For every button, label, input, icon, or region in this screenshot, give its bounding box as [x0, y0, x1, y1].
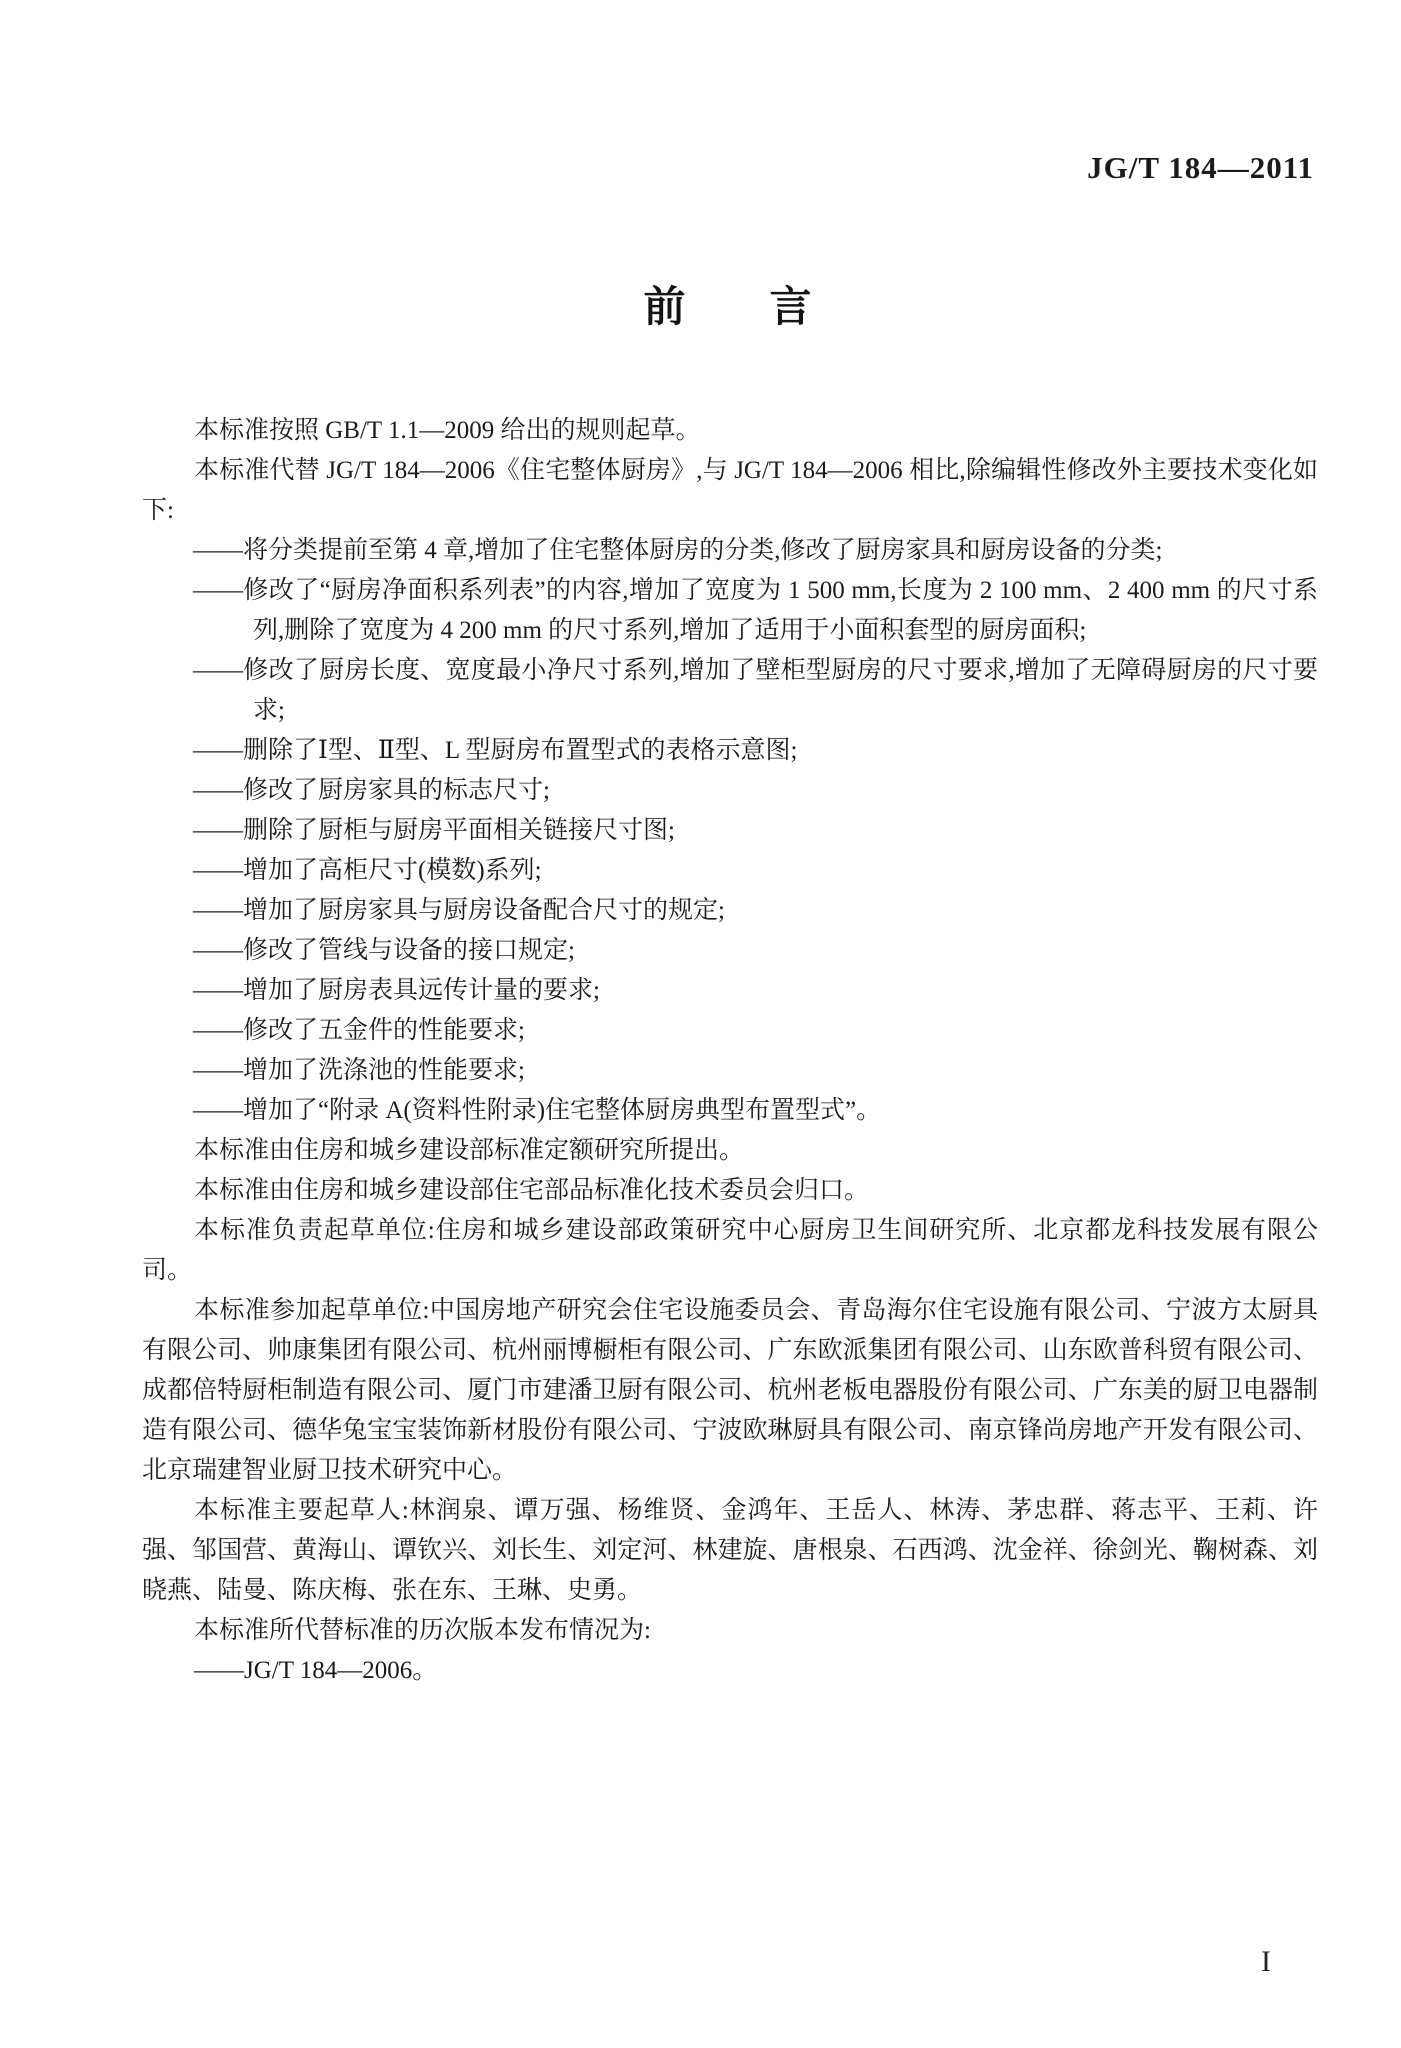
change-item: ——增加了高柜尺寸(模数)系列; [142, 851, 1318, 891]
change-item: ——增加了“附录 A(资料性附录)住宅整体厨房典型布置型式”。 [142, 1091, 1318, 1131]
change-item: ——修改了厨房长度、宽度最小净尺寸系列,增加了壁柜型厨房的尺寸要求,增加了无障碍… [142, 651, 1318, 731]
page-title: 前言 [0, 284, 1401, 330]
title-char-1: 前 [643, 283, 685, 330]
foreword-body: 本标准按照 GB/T 1.1—2009 给出的规则起草。 本标准代替 JG/T … [142, 411, 1318, 1691]
document-page: JG/T 184—2011 前言 本标准按照 GB/T 1.1—2009 给出的… [0, 0, 1401, 2048]
change-item: ——修改了五金件的性能要求; [142, 1011, 1318, 1051]
change-item: ——删除了Ⅰ型、Ⅱ型、L 型厨房布置型式的表格示意图; [142, 731, 1318, 771]
closing-paragraph: 本标准主要起草人:林润泉、谭万强、杨维贤、金鸿年、王岳人、林涛、茅忠群、蒋志平、… [142, 1491, 1318, 1611]
change-item: ——删除了厨柜与厨房平面相关链接尺寸图; [142, 811, 1318, 851]
change-item: ——修改了“厨房净面积系列表”的内容,增加了宽度为 1 500 mm,长度为 2… [142, 571, 1318, 651]
closing-paragraph: 本标准由住房和城乡建设部标准定额研究所提出。 [142, 1131, 1318, 1171]
closing-paragraph: 本标准所代替标准的历次版本发布情况为: [142, 1611, 1318, 1651]
change-item: ——增加了洗涤池的性能要求; [142, 1051, 1318, 1091]
history-item: ——JG/T 184—2006。 [142, 1651, 1318, 1691]
page-number: I [1261, 1945, 1271, 1979]
change-item: ——修改了厨房家具的标志尺寸; [142, 771, 1318, 811]
change-item: ——增加了厨房家具与厨房设备配合尺寸的规定; [142, 891, 1318, 931]
change-item: ——增加了厨房表具远传计量的要求; [142, 971, 1318, 1011]
closing-paragraph: 本标准负责起草单位:住房和城乡建设部政策研究中心厨房卫生间研究所、北京都龙科技发… [142, 1211, 1318, 1291]
title-char-2: 言 [770, 283, 812, 330]
change-item: ——修改了管线与设备的接口规定; [142, 931, 1318, 971]
standard-code-header: JG/T 184—2011 [1087, 150, 1314, 186]
closing-paragraph: 本标准参加起草单位:中国房地产研究会住宅设施委员会、青岛海尔住宅设施有限公司、宁… [142, 1291, 1318, 1491]
intro-paragraph: 本标准代替 JG/T 184—2006《住宅整体厨房》,与 JG/T 184—2… [142, 451, 1318, 531]
intro-paragraph: 本标准按照 GB/T 1.1—2009 给出的规则起草。 [142, 411, 1318, 451]
change-item: ——将分类提前至第 4 章,增加了住宅整体厨房的分类,修改了厨房家具和厨房设备的… [142, 531, 1318, 571]
closing-paragraph: 本标准由住房和城乡建设部住宅部品标准化技术委员会归口。 [142, 1171, 1318, 1211]
